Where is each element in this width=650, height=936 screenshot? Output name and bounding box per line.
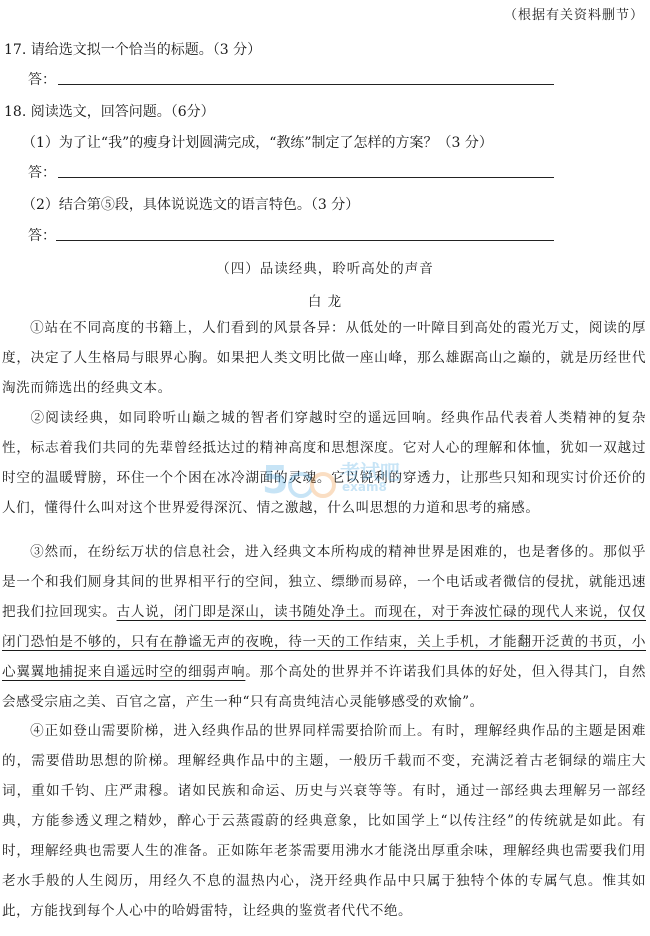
source-note: （根据有关资料删节） <box>504 4 644 23</box>
paragraph-2-text: ②阅读经典，如同聆听山巅之城的智者们穿越时空的遥远回响。经典作品代表着人类精神的… <box>2 410 646 516</box>
question-18-prompt: 18. 阅读选文，回答问题。（6分） <box>4 101 215 121</box>
question-17-answer-line[interactable] <box>58 84 554 85</box>
section-author: 白 龙 <box>0 290 650 310</box>
paragraph-4-text: ④正如登山需要阶梯，进入经典作品的世界同样需要拾阶而上。有时，理解经典作品的主题… <box>2 723 646 919</box>
paragraph-2: ②阅读经典，如同聆听山巅之城的智者们穿越时空的遥远回响。经典作品代表着人类精神的… <box>2 403 646 523</box>
paragraph-1: ①站在不同高度的书籍上，人们看到的风景各异：从低处的一叶障目到高处的霞光万丈，阅… <box>2 313 646 403</box>
question-18-2-answer-line[interactable] <box>56 240 554 241</box>
question-18-1-answer-line[interactable] <box>58 177 554 178</box>
question-18-1-prompt: （1）为了让“我”的瘦身计划圆满完成，“教练”制定了怎样的方案？（3 分） <box>22 132 493 152</box>
question-18-2-answer-label: 答： <box>28 225 56 245</box>
paragraph-4: ④正如登山需要阶梯，进入经典作品的世界同样需要拾阶而上。有时，理解经典作品的主题… <box>2 716 646 926</box>
paragraph-1-text: ①站在不同高度的书籍上，人们看到的风景各异：从低处的一叶障目到高处的霞光万丈，阅… <box>2 320 646 396</box>
section-heading: （四）品读经典，聆听高处的声音 <box>0 257 650 277</box>
question-17-answer-label: 答： <box>28 69 56 89</box>
paragraph-3: ③然而，在纷纭万状的信息社会，进入经典文本所构成的精神世界是困难的，也是奢侈的。… <box>2 537 646 717</box>
question-18-2-prompt: （2）结合第⑤段，具体说说选文的语言特色。（3 分） <box>22 194 359 214</box>
question-17-prompt: 17. 请给选文拟一个恰当的标题。（3 分） <box>4 39 261 59</box>
question-18-1-answer-label: 答： <box>28 162 56 182</box>
